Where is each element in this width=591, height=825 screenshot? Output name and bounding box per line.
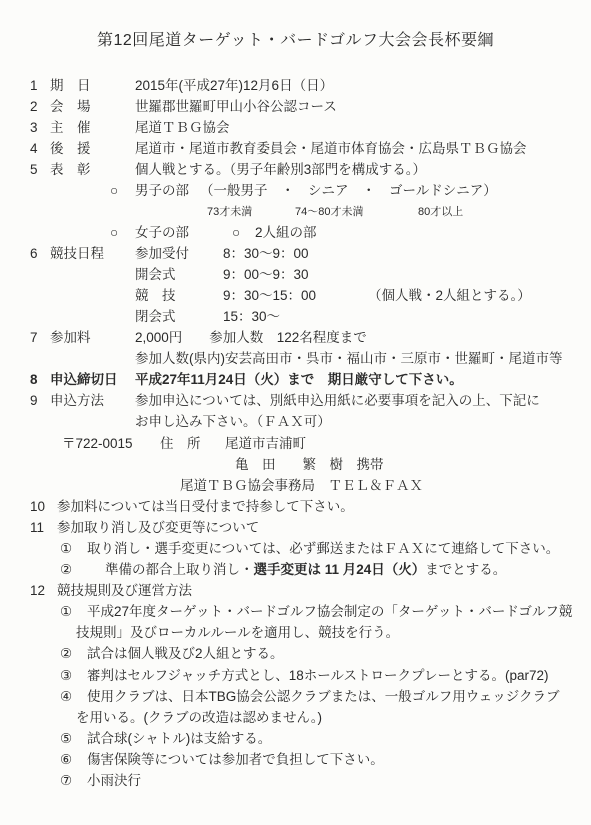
address-label: 住 所 <box>160 433 225 454</box>
item-support-row: 4後 援尾道市・尾道市教育委員会・尾道市体育協会・広島県ＴＢＧ協会 <box>0 138 591 159</box>
item-fee-row: 7参加料2,000円 参加人数 122名程度まで <box>0 327 591 348</box>
item-text: 競技規則及び運営方法 <box>57 583 192 598</box>
item-label: 会 場 <box>50 96 135 117</box>
sub-item-text: を用いる。(クラブの改造は認めません。) <box>76 710 322 725</box>
item-schedule-row: 6競技日程参加受付8：30～9：00 <box>0 243 591 264</box>
item-label: 申込締切日 <box>50 369 135 390</box>
schedule-event-time: 9：00～9：30 <box>223 264 368 285</box>
awards-mens-row: ○男子の部（一般男子 ・ シニア ・ ゴールドシニア） <box>0 180 591 201</box>
item-text: 世羅郡世羅町甲山小谷公認コース <box>135 99 337 114</box>
item-label: 主 催 <box>50 117 135 138</box>
age-class-1: 73才未満 <box>207 202 295 222</box>
item-venue-row: 2会 場世羅郡世羅町甲山小谷公認コース <box>0 96 591 117</box>
age-class-3: 80才以上 <box>418 206 463 218</box>
circled-number-icon: ① <box>60 601 87 622</box>
sub-item-text: 試合は個人戦及び2人組とする。 <box>87 646 284 661</box>
item-number: 3 <box>30 117 50 138</box>
schedule-row: 閉会式15：30～ <box>0 306 591 327</box>
page-title: 第12回尾道ターゲット・バードゴルフ大会会長杯要綱 <box>0 27 591 50</box>
schedule-row: 開会式9：00～9：30 <box>0 264 591 285</box>
item-text: 2015年(平成27年)12月6日（日） <box>135 78 333 93</box>
cancellation-sub1-row: ①取り消し・選手変更については、必ず郵送またはＦＡＸにて連絡して下さい。 <box>0 538 591 559</box>
pairs-division-name: 2人組の部 <box>255 225 317 240</box>
circled-number-icon: ② <box>60 559 105 580</box>
item-label: 表 彰 <box>50 159 135 180</box>
item-text: 平成27年11月24日（火）まで 期日厳守して下さい。 <box>135 372 463 387</box>
sub-item-text: 平成27年度ターゲット・バードゴルフ協会制定の「ターゲット・バードゴルフ競 <box>87 604 572 619</box>
item-awards-row: 5表 彰個人戦とする。（男子年齢別3部門を構成する。） <box>0 159 591 180</box>
schedule-event-name: 開会式 <box>135 264 223 285</box>
office-contact: 尾道ＴＢＧ協会事務局 ＴＥＬ＆ＦＡＸ <box>180 478 423 493</box>
schedule-event-name: 参加受付 <box>135 243 223 264</box>
item-number: 4 <box>30 138 50 159</box>
item-deadline-row: 8申込締切日平成27年11月24日（火）まで 期日厳守して下さい。 <box>0 369 591 390</box>
circle-mark: ○ <box>110 180 135 201</box>
item-cancellation-row: 11参加取り消し及び変更等について <box>0 517 591 538</box>
awards-womens-pairs-row: ○女子の部○2人組の部 <box>0 222 591 243</box>
contact-name-row: 亀 田 繁 樹 携帯 <box>0 454 591 475</box>
item-label: 申込方法 <box>50 390 135 411</box>
item-host-row: 3主 催尾道ＴＢＧ協会 <box>0 117 591 138</box>
postal-code: 〒722-0015 <box>62 433 160 454</box>
item-number: 10 <box>30 496 57 517</box>
item-text: 参加料については当日受付まで持参して下さい。 <box>57 499 354 514</box>
application-address-row: 〒722-0015住 所尾道市吉浦町 <box>0 433 591 454</box>
circled-number-icon: ⑥ <box>60 749 87 770</box>
rules-sub4-row: ④使用クラブは、日本TBG協会公認クラブまたは、一般ゴルフ用ウェッジクラブ <box>0 686 591 707</box>
circled-number-icon: ⑦ <box>60 770 87 791</box>
address-value: 尾道市吉浦町 <box>225 436 306 451</box>
sub-item-text: 小雨決行 <box>87 773 141 788</box>
item-text: 参加取り消し及び変更等について <box>57 520 259 535</box>
schedule-event-time: 9：30～15：00 <box>223 285 368 306</box>
sub-item-text-bold: 選手変更は 11 月24日（火） <box>254 562 426 577</box>
fee-participants-note: 参加人数(県内)安芸高田市・呉市・福山市・三原市・世羅町・尾道市等 <box>135 351 563 366</box>
item-text: 尾道ＴＢＧ協会 <box>135 120 230 135</box>
circled-number-icon: ⑤ <box>60 728 87 749</box>
mens-division-detail: （一般男子 ・ シニア ・ ゴールドシニア） <box>200 183 497 198</box>
circled-number-icon: ② <box>60 643 87 664</box>
schedule-event-time: 8：30～9：00 <box>223 243 368 264</box>
item-number: 11 <box>30 517 57 538</box>
rules-sub6-row: ⑥傷害保険等については参加者で負担して下さい。 <box>0 749 591 770</box>
mens-division-name: 男子の部 <box>135 180 200 201</box>
sub-item-text: 試合球(シャトル)は支給する。 <box>87 731 271 746</box>
sub-item-text: 技規則」及びローカルルールを適用し、競技を行う。 <box>76 625 399 640</box>
cancellation-sub2-row: ②準備の都合上取り消し・選手変更は 11 月24日（火）までとする。 <box>0 559 591 580</box>
item-text: 尾道市・尾道市教育委員会・尾道市体育協会・広島県ＴＢＧ協会 <box>135 141 527 156</box>
rules-sub1-row: ①平成27年度ターゲット・バードゴルフ協会制定の「ターゲット・バードゴルフ競 <box>0 601 591 622</box>
sub-item-text: 取り消し・選手変更については、必ず郵送またはＦＡＸにて連絡して下さい。 <box>87 541 559 556</box>
circled-number-icon: ③ <box>60 665 87 686</box>
awards-age-classes-row: 73才未満74～80才未満80才以上 <box>0 202 591 222</box>
age-class-2: 74～80才未満 <box>295 202 418 222</box>
sub-item-text: 使用クラブは、日本TBG協会公認クラブまたは、一般ゴルフ用ウェッジクラブ <box>87 689 559 704</box>
item-number: 7 <box>30 327 50 348</box>
contact-name: 亀 田 繁 樹 携帯 <box>235 457 384 472</box>
rules-sub3-row: ③審判はセルフジャッチ方式とし、18ホールストロークプレーとする。(par72) <box>0 665 591 686</box>
item-number: 1 <box>30 75 50 96</box>
item-label: 期 日 <box>50 75 135 96</box>
schedule-row: 競 技9：30～15：00（個人戦・2人組とする。） <box>0 285 591 306</box>
item-number: 9 <box>30 390 50 411</box>
item-number: 12 <box>30 580 57 601</box>
schedule-event-note: （個人戦・2人組とする。） <box>368 288 531 303</box>
item-label: 参加料 <box>50 327 135 348</box>
application-text2-row: お申し込み下さい。（ＦＡＸ可） <box>0 411 591 432</box>
circled-number-icon: ① <box>60 538 87 559</box>
rules-sub4-continuation-row: を用いる。(クラブの改造は認めません。) <box>0 707 591 728</box>
item-text: 参加申込については、別紙申込用紙に必要事項を記入の上、下記に <box>135 393 540 408</box>
fee-participants-note-row: 参加人数(県内)安芸高田市・呉市・福山市・三原市・世羅町・尾道市等 <box>0 348 591 369</box>
womens-division-name: 女子の部 <box>135 222 232 243</box>
schedule-event-name: 閉会式 <box>135 306 223 327</box>
sub-item-text: までとする。 <box>425 562 506 577</box>
item-rules-row: 12競技規則及び運営方法 <box>0 580 591 601</box>
item-application-row: 9申込方法参加申込については、別紙申込用紙に必要事項を記入の上、下記に <box>0 390 591 411</box>
item-number: 8 <box>30 369 50 390</box>
item-number: 6 <box>30 243 50 264</box>
item-text: 個人戦とする。（男子年齢別3部門を構成する。） <box>135 162 426 177</box>
circled-number-icon: ④ <box>60 686 87 707</box>
item-fee-note-row: 10参加料については当日受付まで持参して下さい。 <box>0 496 591 517</box>
rules-sub1-continuation-row: 技規則」及びローカルルールを適用し、競技を行う。 <box>0 622 591 643</box>
item-number: 5 <box>30 159 50 180</box>
sub-item-text: 審判はセルフジャッチ方式とし、18ホールストロークプレーとする。(par72) <box>87 668 549 683</box>
item-text: 2,000円 参加人数 122名程度まで <box>135 330 367 345</box>
item-label: 競技日程 <box>50 243 135 264</box>
rules-sub5-row: ⑤試合球(シャトル)は支給する。 <box>0 728 591 749</box>
schedule-event-name: 競 技 <box>135 285 223 306</box>
rules-sub2-row: ②試合は個人戦及び2人組とする。 <box>0 643 591 664</box>
scanned-document: 第12回尾道ターゲット・バードゴルフ大会会長杯要綱 1期 日2015年(平成27… <box>0 0 591 825</box>
circle-mark: ○ <box>110 222 135 243</box>
sub-item-text: 準備の都合上取り消し・ <box>105 562 254 577</box>
schedule-event-time: 15：30～ <box>223 306 368 327</box>
application-text2: お申し込み下さい。（ＦＡＸ可） <box>135 414 331 429</box>
item-number: 2 <box>30 96 50 117</box>
document-body: 1期 日2015年(平成27年)12月6日（日） 2会 場世羅郡世羅町甲山小谷公… <box>0 75 591 791</box>
office-contact-row: 尾道ＴＢＧ協会事務局 ＴＥＬ＆ＦＡＸ <box>0 475 591 496</box>
circle-mark: ○ <box>232 222 255 243</box>
sub-item-text: 傷害保険等については参加者で負担して下さい。 <box>87 752 384 767</box>
item-date-row: 1期 日2015年(平成27年)12月6日（日） <box>0 75 591 96</box>
rules-sub7-row: ⑦小雨決行 <box>0 770 591 791</box>
item-label: 後 援 <box>50 138 135 159</box>
